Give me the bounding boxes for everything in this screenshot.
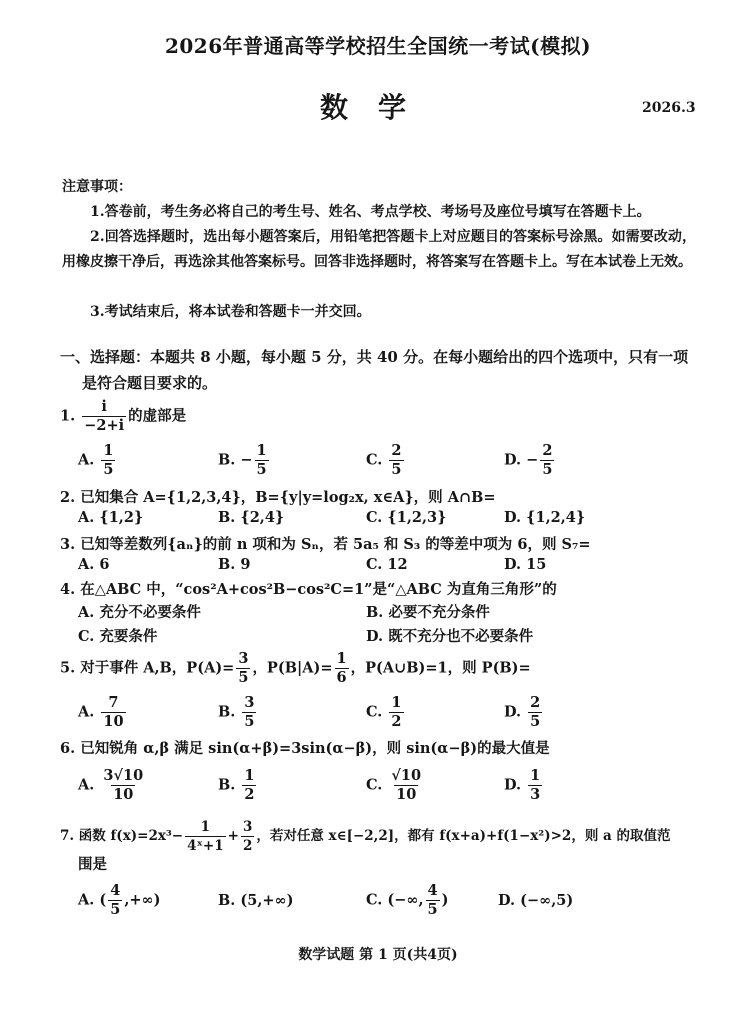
option-a: A. 6 <box>78 556 109 573</box>
note-item-2: 2.回答选择题时，选出每小题答案后，用铅笔把答题卡上对应题目的答案标号涂黑。如需… <box>62 225 696 275</box>
note-item-1: 1.答卷前，考生务必将自己的考生号、姓名、考点学校、考场号及座位号填写在答题卡上… <box>62 200 696 225</box>
option-d: D. 15 <box>504 556 546 573</box>
option-b: B. −15 <box>218 442 271 479</box>
option-c: C. 充要条件 <box>78 625 157 646</box>
option-a: A. (45,+∞) <box>78 882 160 919</box>
exam-page: 2026年普通高等学校招生全国统一考试(模拟) 数学 2026.3 注意事项： … <box>0 0 756 1015</box>
notes-heading: 注意事项： <box>62 176 132 196</box>
stem-fraction: i −2+i <box>82 398 126 435</box>
question-4: 4. 在△ABC 中，“cos²A+cos²B−cos²C=1”是“△ABC 为… <box>60 578 557 599</box>
section-heading-line1: 一、选择题：本题共 8 小题，每小题 5 分，共 40 分。在每小题给出的四个选… <box>60 344 700 370</box>
option-b: B. (5,+∞) <box>218 892 293 909</box>
question-5: 5. 对于事件 A,B，P(A)=35，P(B|A)=16，P(A∪B)=1，则… <box>60 650 531 687</box>
option-b: B. 35 <box>218 694 258 731</box>
question-2: 2. 已知集合 A={1,2,3,4}，B={y|y=log₂x, x∈A}，则… <box>60 486 496 507</box>
question-number: 3. <box>60 536 75 553</box>
question-stem: 已知集合 A={1,2,3,4}，B={y|y=log₂x, x∈A}，则 A∩… <box>80 489 495 506</box>
option-c: C. 25 <box>366 442 406 479</box>
option-a: A. 3√1010 <box>78 767 147 804</box>
option-c: C. 12 <box>366 694 406 731</box>
section-heading-line2: 是符合题目要求的。 <box>60 370 700 396</box>
option-b: B. 9 <box>218 556 250 573</box>
question-number: 1. <box>60 408 75 425</box>
option-b: B. 12 <box>218 767 258 804</box>
option-b: B. {2,4} <box>218 509 284 526</box>
question-number: 6. <box>60 740 75 757</box>
question-number: 5. <box>60 660 75 677</box>
note-item-3: 3.考试结束后，将本试卷和答题卡一并交回。 <box>62 300 696 325</box>
option-b: B. 必要不充分条件 <box>366 601 490 622</box>
option-c: C. 12 <box>366 556 408 573</box>
option-a: A. 710 <box>78 694 128 731</box>
section-heading: 一、选择题：本题共 8 小题，每小题 5 分，共 40 分。在每小题给出的四个选… <box>60 344 700 396</box>
question-number: 7. <box>60 828 74 844</box>
option-d: D. −25 <box>504 442 556 479</box>
exam-title: 2026年普通高等学校招生全国统一考试(模拟) <box>0 30 756 59</box>
option-d: D. 既不充分也不必要条件 <box>366 625 533 646</box>
question-7: 7. 函数 f(x)=2x³−14ˣ+1+32，若对任意 x∈[−2,2]，都有… <box>60 818 670 855</box>
question-stem: 已知锐角 α,β 满足 sin(α+β)=3sin(α−β)，则 sin(α−β… <box>80 740 549 757</box>
option-d: D. 25 <box>504 694 544 731</box>
option-a: A. 充分不必要条件 <box>78 601 201 622</box>
option-c: C. (−∞,45) <box>366 882 449 919</box>
question-3: 3. 已知等差数列{aₙ}的前 n 项和为 Sₙ，若 5a₅ 和 S₃ 的等差中… <box>60 533 590 554</box>
page-footer: 数学试题 第 1 页(共4页) <box>0 944 756 964</box>
option-d: D. {1,2,4} <box>504 509 585 526</box>
option-d: D. (−∞,5) <box>498 892 573 909</box>
option-d: D. 13 <box>504 767 544 804</box>
option-a: A. 15 <box>78 442 117 479</box>
question-6: 6. 已知锐角 α,β 满足 sin(α+β)=3sin(α−β)，则 sin(… <box>60 737 550 758</box>
exam-date: 2026.3 <box>642 100 696 116</box>
option-c: C. √1010 <box>366 767 425 804</box>
question-stem: 在△ABC 中，“cos²A+cos²B−cos²C=1”是“△ABC 为直角三… <box>80 581 557 598</box>
question-number: 4. <box>60 581 75 598</box>
option-a: A. {1,2} <box>78 509 143 526</box>
question-number: 2. <box>60 489 75 506</box>
question-1: 1. i −2+i 的虚部是 <box>60 398 186 435</box>
question-stem: 的虚部是 <box>128 408 186 425</box>
question-7-line2: 围是 <box>78 853 107 874</box>
question-stem: 已知等差数列{aₙ}的前 n 项和为 Sₙ，若 5a₅ 和 S₃ 的等差中项为 … <box>80 536 590 553</box>
option-c: C. {1,2,3} <box>366 509 446 526</box>
